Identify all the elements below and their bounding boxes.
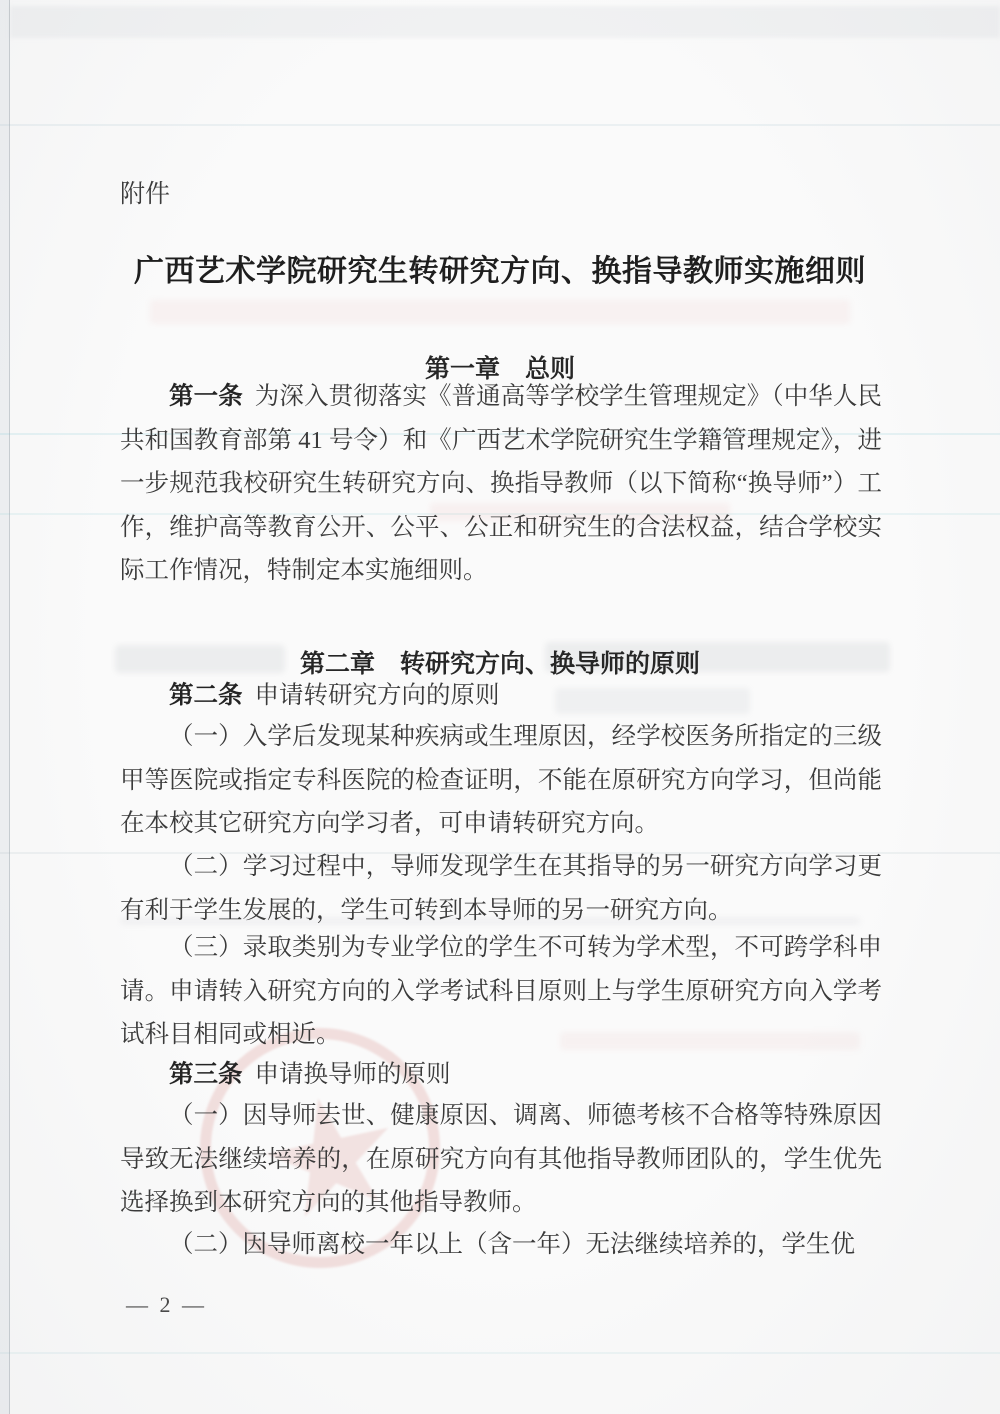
article-3-clause-1: （一）因导师去世、健康原因、调离、师德考核不合格等特殊原因导致无法继续培养的，在… (120, 1094, 882, 1225)
article-2-title: 申请转研究方向的原则 (255, 682, 500, 709)
article-2-clause-2: （二）学习过程中，导师发现学生在其指导的另一研究方向学习更有利于学生发展的，学生… (120, 845, 882, 932)
page-number: — 2 — (126, 1292, 207, 1318)
scan-left-margin (0, 0, 9, 1414)
bleedthrough-smudge (150, 300, 850, 324)
document-title: 广西艺术学院研究生转研究方向、换指导教师实施细则 (0, 246, 1000, 290)
article-1-text: 为深入贯彻落实《普通高等学校学生管理规定》（中华人民共和国教育部第 41 号令）… (120, 383, 882, 584)
article-1-number: 第一条 (169, 383, 243, 410)
article-2-heading-line: 第二条申请转研究方向的原则 (120, 674, 882, 718)
article-3-title: 申请换导师的原则 (255, 1061, 451, 1088)
article-1-paragraph: 第一条为深入贯彻落实《普通高等学校学生管理规定》（中华人民共和国教育部第 41 … (120, 375, 882, 593)
article-2-clause-1: （一）入学后发现某种疾病或生理原因，经学校医务所指定的三级甲等医院或指定专科医院… (120, 715, 882, 846)
scan-edge-line (9, 0, 10, 1414)
bleedthrough-top-band (10, 6, 1000, 38)
article-3-clause-2: （二）因导师离校一年以上（含一年）无法继续培养的，学生优 (120, 1223, 882, 1267)
attachment-label: 附件 (120, 174, 170, 210)
article-2-number: 第二条 (169, 682, 243, 709)
article-3-heading-line: 第三条申请换导师的原则 (120, 1053, 882, 1097)
article-3-number: 第三条 (169, 1061, 243, 1088)
article-2-clause-3: （三）录取类别为专业学位的学生不可转为学术型，不可跨学科申请。申请转入研究方向的… (120, 926, 882, 1057)
scan-artifact-line (0, 1352, 1000, 1354)
scanned-document-page: 附件 广西艺术学院研究生转研究方向、换指导教师实施细则 第一章 总则 第一条为深… (0, 0, 1000, 1414)
scan-artifact-line (0, 124, 1000, 126)
